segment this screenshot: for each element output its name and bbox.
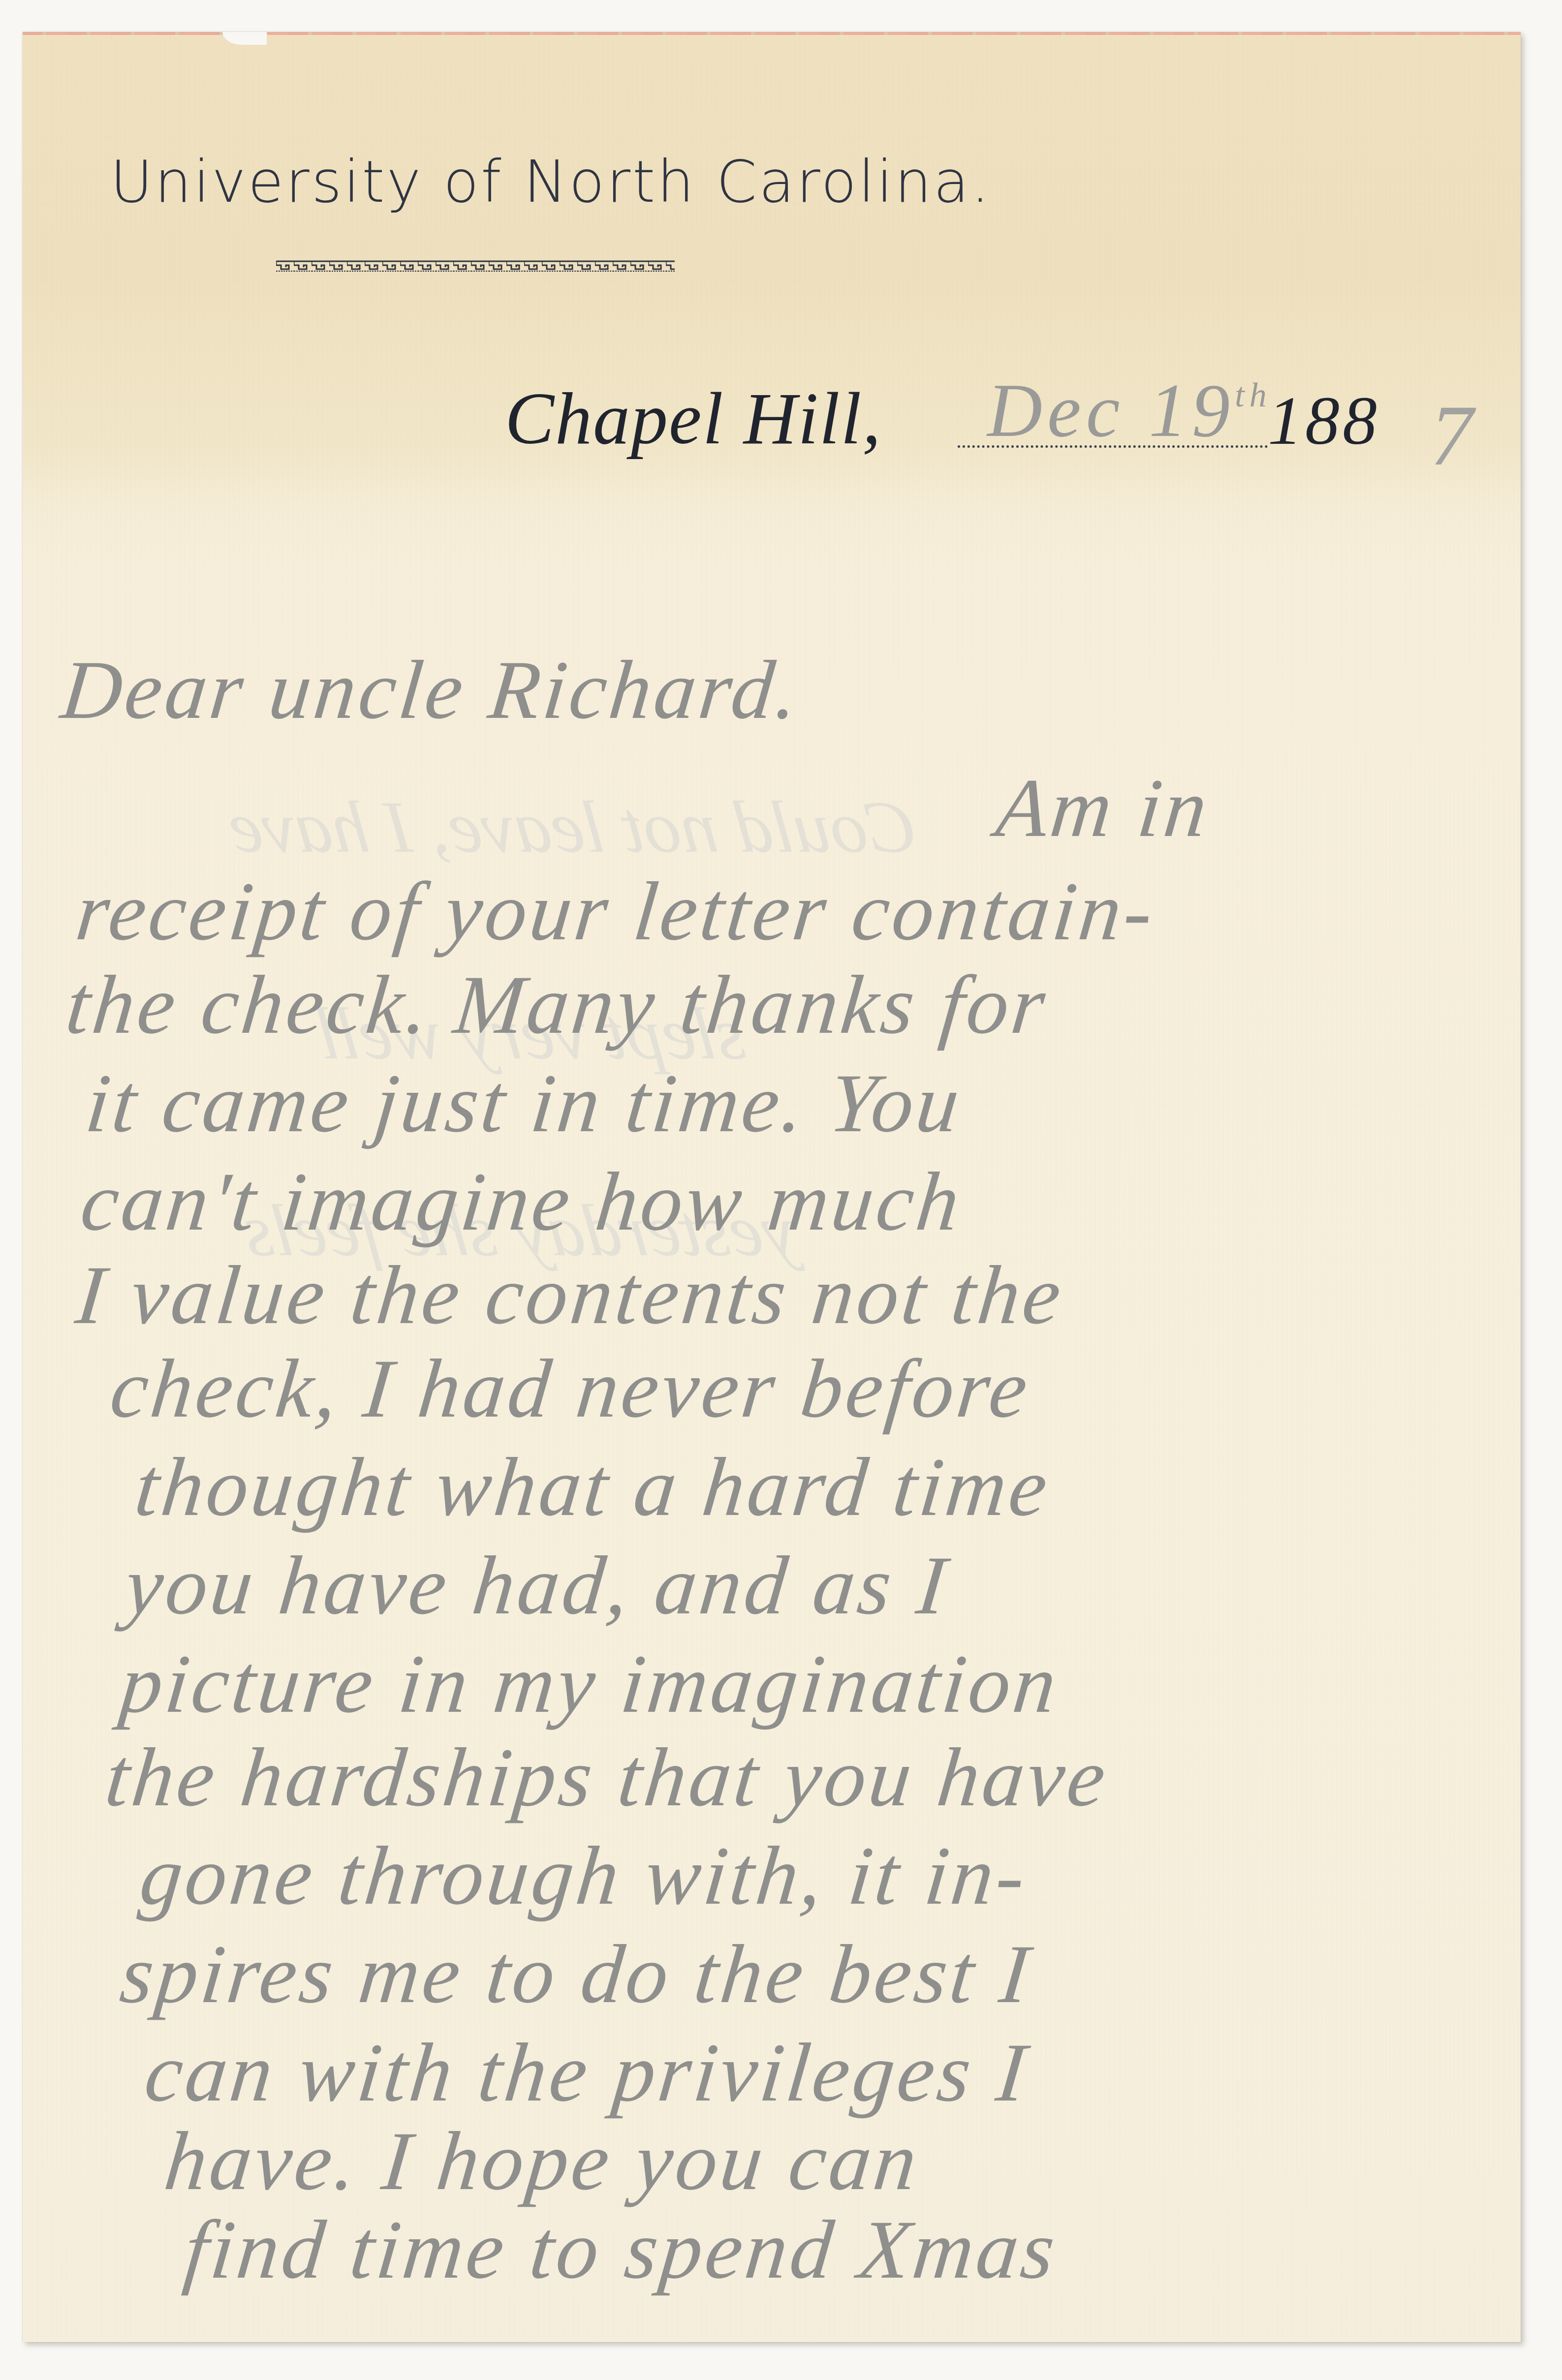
letter-line: picture in my imagination	[116, 1636, 1063, 1732]
letter-line: the hardships that you have	[101, 1730, 1113, 1825]
letter-line: find time to spend Xmas	[180, 2202, 1062, 2298]
letter-page: University of North Carolina. Chapel Hil…	[23, 32, 1521, 2342]
letter-line: can with the privileges I	[141, 2025, 1033, 2121]
letter-line: the check. Many thanks for	[62, 957, 1053, 1053]
handwritten-year-digit: 7	[1430, 386, 1473, 485]
printed-year-prefix: 188	[1268, 381, 1380, 461]
letter-line: it came just in time. You	[82, 1055, 967, 1151]
letter-line: have. I hope you can	[160, 2113, 924, 2209]
date-month-day: Dec 19	[987, 368, 1235, 453]
date-ordinal: th	[1235, 376, 1271, 414]
letter-line: check, I had never before	[106, 1341, 1035, 1437]
letter-line: thought what a hard time	[131, 1439, 1055, 1535]
handwritten-date: Dec 19th	[987, 367, 1272, 455]
letter-line: I value the contents not the	[72, 1247, 1068, 1343]
bleed-through-text: Could not leave, I have	[225, 785, 920, 869]
torn-notch	[222, 32, 267, 45]
letterhead-institution: University of North Carolina.	[110, 148, 992, 216]
letter-line: Am in	[992, 760, 1215, 856]
letter-line: receipt of your letter contain-	[72, 864, 1160, 959]
letter-line: you have had, and as I	[121, 1538, 954, 1634]
letter-line: can't imagine how much	[77, 1154, 967, 1250]
salutation: Dear uncle Richard.	[57, 642, 806, 738]
letter-line: gone through with, it in-	[136, 1828, 1032, 1924]
date-line: Chapel Hill, Dec 19th 188 7	[495, 376, 1529, 495]
place-name: Chapel Hill,	[505, 376, 882, 461]
greek-key-ornament-icon	[276, 258, 675, 273]
scan-background: University of North Carolina. Chapel Hil…	[0, 0, 1562, 2380]
letter-line: spires me to do the best I	[116, 1926, 1036, 2022]
